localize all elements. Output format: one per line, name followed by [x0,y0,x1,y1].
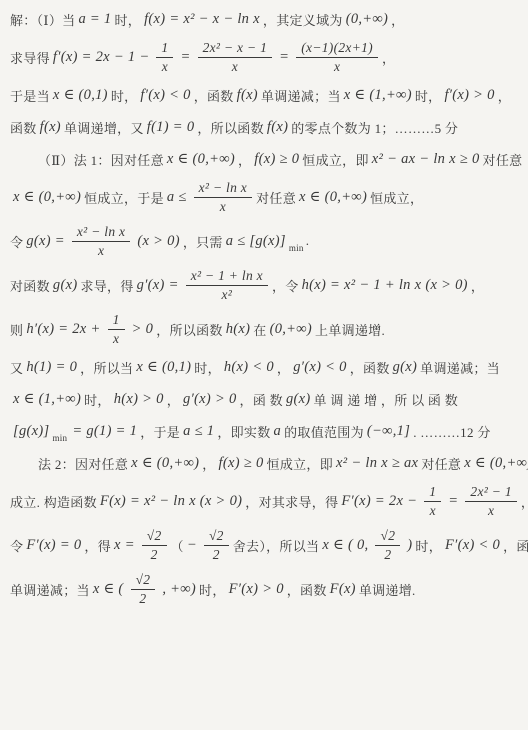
fraction-numerator: 1 [424,484,441,502]
text-segment: ，所以函数 [197,118,264,137]
fraction-denominator: x [425,502,441,519]
math-expression: = [180,49,190,66]
text-segment: ，只需 [183,232,223,251]
math-expression: f(x) [237,87,258,104]
math-expression: x ∈ (0,+∞) [167,151,235,168]
text-segment: ， [167,390,180,409]
text-segment: 令 [10,536,23,555]
text-segment: 在 [253,320,266,339]
text-segment: ，函数 [287,580,327,599]
fraction-denominator: x [483,502,499,519]
math-expression: x ∈ (0,1) [136,359,191,376]
math-expression: = g(1) = 1 [72,423,137,440]
math-expression: (x > 0) [137,233,179,250]
text-segment: ，函数 [350,358,390,377]
math-expression: f(1) = 0 [147,119,195,136]
math-expression: f(x) [267,119,288,136]
text-segment: ，所以函数 [156,320,223,339]
math-expression: g(x) = [26,233,65,250]
math-expression: x ∈ (0,+∞) [13,189,81,206]
fraction-denominator: x [329,58,345,75]
text-segment: （ [171,536,184,555]
math-expression: (0,+∞) [270,321,312,338]
text-segment: ， [382,48,395,67]
math-expression: x = [114,537,135,554]
text-line: 则h′(x) = 2x +1x> 0，所以函数h(x)在(0,+∞)上单调递增. [10,312,522,346]
text-line: 对函数g(x)求导，得g′(x) =x² − 1 + ln xx²，令h(x) … [10,268,522,302]
text-segment: 成立. 构造函数 [10,492,97,511]
math-expression: F′(x) < 0 [445,537,500,554]
fraction: 1x [156,40,173,74]
math-expression: a ≤ [g(x)] [226,233,286,250]
fraction: 2x² − 1x [465,484,517,518]
text-segment: 单 调 递 增 ，所 以 函 数 [314,390,459,409]
fraction-denominator: x² [217,286,238,303]
math-expression: = [448,493,458,510]
text-segment: 时， [114,10,141,29]
math-expression: h(x) = x² − 1 + ln x (x > 0) [302,277,468,294]
fraction-numerator: x² − ln x [72,224,130,242]
fraction: √22 [375,528,400,562]
fraction: 2x² − x − 1x [198,40,273,74]
math-expression: [g(x)] [13,423,49,440]
math-expression: − [187,537,197,554]
math-expression: h′(x) = 2x + [26,321,100,338]
text-segment: ，函 数 [240,390,283,409]
math-expression: F(x) [330,581,356,598]
text-line: 求导得f′(x) = 2x − 1 −1x=2x² − x − 1x=(x−1)… [10,40,522,74]
math-expression: f′(x) > 0 [444,87,494,104]
text-segment: ， [471,276,484,295]
text-segment: 又 [10,358,23,377]
fraction-numerator: 1 [108,312,125,330]
text-line: x ∈ (1,+∞)时，h(x) > 0，g′(x) > 0，函 数g(x)单 … [10,388,522,410]
math-expression: (−∞,1] [367,423,410,440]
fraction-denominator: x [215,198,231,215]
text-segment: 单调递增. [359,580,416,599]
text-line: 于是当x ∈ (0,1)时，f′(x) < 0，函数f(x)单调递减；当x ∈ … [10,84,522,106]
text-line: 令F′(x) = 0，得x =√22（−√22舍去），所以当x ∈ ( 0,√2… [10,528,522,562]
text-segment: ， [202,454,215,473]
math-expression: x² − ax − ln x ≥ 0 [372,151,480,168]
text-segment: ， [391,10,404,29]
math-expression: F′(x) > 0 [229,581,284,598]
math-expression: x² − ln x ≥ ax [336,455,418,472]
math-expression: x ∈ ( 0, [322,537,368,554]
fraction-denominator: x [227,58,243,75]
math-expression: f′(x) = 2x − 1 − [53,49,150,66]
text-segment: . ………12 分 [413,422,490,441]
fraction-denominator: x [108,330,124,347]
math-expression: a ≤ 1 [183,423,214,440]
text-line: 成立. 构造函数F(x) = x² − ln x (x > 0)，对其求导，得F… [10,484,522,518]
math-expression: , +∞) [162,581,196,598]
text-segment: 解：（Ⅰ）当 [10,10,75,29]
math-expression: F′(x) = 2x − [341,493,417,510]
math-expression: f′(x) < 0 [140,87,190,104]
text-segment: 单调递减；当 [10,580,90,599]
text-segment: ， [498,86,511,105]
text-segment: 时， [84,390,111,409]
math-expression: f(x) [40,119,61,136]
text-segment: ，函数 [503,536,528,555]
fraction-denominator: 2 [134,590,151,607]
text-line: 令g(x) =x² − ln xx(x > 0)，只需a ≤ [g(x)]min… [10,224,522,258]
fraction: √22 [204,528,229,562]
text-segment: 对任意 [256,188,296,207]
fraction-denominator: 2 [208,546,225,563]
math-expression: > 0 [132,321,154,338]
text-segment: ，函数 [194,86,234,105]
math-expression: F(x) = x² − ln x (x > 0) [100,493,242,510]
fraction-numerator: 2x² − x − 1 [198,40,273,58]
text-segment: 时， [199,580,226,599]
math-expression: h(x) < 0 [224,359,274,376]
fraction-denominator: 2 [379,546,396,563]
text-line: 单调递减；当x ∈ (√22, +∞)时，F′(x) > 0，函数F(x)单调递… [10,572,522,606]
fraction-numerator: √2 [142,528,167,546]
math-expression: a = 1 [78,11,111,28]
math-expression: a [274,423,282,440]
math-expression: g(x) [286,391,311,408]
text-segment: 单调递减；当 [261,86,341,105]
fraction: √22 [142,528,167,562]
text-segment: 时， [415,536,442,555]
fraction-denominator: x [157,58,173,75]
text-segment: ，其定义域为 [263,10,343,29]
text-segment: 上单调递增. [315,320,385,339]
document-page: 解：（Ⅰ）当a = 1时，f(x) = x² − x − ln x，其定义域为(… [10,8,522,730]
text-segment: 恒成立， [370,188,423,207]
text-segment: 单调递减；当 [420,358,500,377]
fraction-numerator: (x−1)(2x+1) [296,40,378,58]
math-expression: x ∈ (0,+∞) [299,189,367,206]
math-expression: g(x) [53,277,78,294]
text-line: 法 2：因对任意x ∈ (0,+∞)，f(x) ≥ 0恒成立，即x² − ln … [10,452,522,474]
math-expression: f(x) ≥ 0 [254,151,299,168]
text-segment: 函数 [10,118,37,137]
text-segment: 法 2：因对任意 [38,454,128,473]
text-line: 又h(1) = 0，所以当x ∈ (0,1)时，h(x) < 0，g′(x) <… [10,356,522,378]
math-expression: a ≤ [167,189,187,206]
math-expression: x ∈ (0,+∞) [131,455,199,472]
math-expression: x ∈ (0,+∞) [464,455,528,472]
text-segment: 令 [10,232,23,251]
fraction-numerator: √2 [204,528,229,546]
text-segment: ，得 [84,536,111,555]
math-expression: ) [407,537,412,554]
text-segment: 舍去），所以当 [233,536,320,555]
math-expression: h(x) [226,321,251,338]
text-segment: 的取值范围为 [284,422,364,441]
fraction: 1x [108,312,125,346]
text-segment: ，即实数 [217,422,270,441]
fraction: x² − ln xx [72,224,130,258]
fraction: 1x [424,484,441,518]
math-expression: g′(x) > 0 [183,391,237,408]
text-segment: 恒成立，于是 [84,188,164,207]
text-segment: 则 [10,320,23,339]
text-segment: 对函数 [10,276,50,295]
math-expression: f(x) = x² − x − ln x [144,11,260,28]
text-segment: ， [521,492,528,511]
text-segment: 求导得 [10,48,50,67]
text-segment: ，于是 [140,422,180,441]
fraction-numerator: x² − 1 + ln x [186,268,268,286]
math-expression: F′(x) = 0 [26,537,81,554]
math-expression: (0,+∞) [346,11,388,28]
math-expression: x ∈ (0,1) [53,87,108,104]
fraction-numerator: √2 [375,528,400,546]
text-segment: . [306,233,310,249]
text-segment: ，令 [272,276,299,295]
fraction-numerator: 2x² − 1 [465,484,517,502]
text-segment: 求导，得 [80,276,133,295]
fraction-denominator: x [93,242,109,259]
text-segment: 恒成立，即 [267,454,334,473]
text-segment: 对任意 [421,454,461,473]
fraction: (x−1)(2x+1)x [296,40,378,74]
text-line: x ∈ (0,+∞)恒成立，于是a ≤x² − ln xx对任意x ∈ (0,+… [10,180,522,214]
text-line: （Ⅱ）法 1：因对任意x ∈ (0,+∞)，f(x) ≥ 0恒成立，即x² − … [10,148,522,170]
text-segment: 时， [415,86,442,105]
text-line: 解：（Ⅰ）当a = 1时，f(x) = x² − x − ln x，其定义域为(… [10,8,522,30]
text-segment: ， [277,358,290,377]
subscript-label: min [289,243,304,253]
text-segment: ， [238,150,251,169]
fraction-numerator: x² − ln x [194,180,252,198]
text-segment: 于是当 [10,86,50,105]
text-segment: 恒成立，即 [302,150,369,169]
text-line: [g(x)]min= g(1) = 1，于是a ≤ 1，即实数a的取值范围为(−… [10,420,522,442]
text-segment: 的零点个数为 1；………5 分 [291,118,458,137]
math-expression: g(x) [393,359,418,376]
fraction: x² − ln xx [194,180,252,214]
math-expression: x ∈ (1,+∞) [344,87,412,104]
math-expression: x ∈ (1,+∞) [13,391,81,408]
math-expression: f(x) ≥ 0 [219,455,264,472]
fraction: x² − 1 + ln xx² [186,268,268,302]
math-expression: h(x) > 0 [114,391,164,408]
math-expression: g′(x) < 0 [293,359,347,376]
text-segment: ，所以当 [80,358,133,377]
text-segment: 时， [194,358,221,377]
text-segment: （Ⅱ）法 1：因对任意 [38,150,164,169]
fraction-numerator: √2 [131,572,156,590]
subscript-label: min [52,433,67,443]
text-line: 函数f(x)单调递增，又f(1) = 0，所以函数f(x)的零点个数为 1；……… [10,116,522,138]
math-expression: = [279,49,289,66]
fraction-denominator: 2 [146,546,163,563]
math-expression: g′(x) = [137,277,179,294]
math-expression: x ∈ ( [93,581,124,598]
text-segment: 对任意 [483,150,523,169]
fraction-numerator: 1 [156,40,173,58]
text-segment: 时， [111,86,138,105]
text-segment: ，对其求导，得 [245,492,338,511]
text-segment: 单调递增，又 [64,118,144,137]
fraction: √22 [131,572,156,606]
math-expression: h(1) = 0 [26,359,77,376]
